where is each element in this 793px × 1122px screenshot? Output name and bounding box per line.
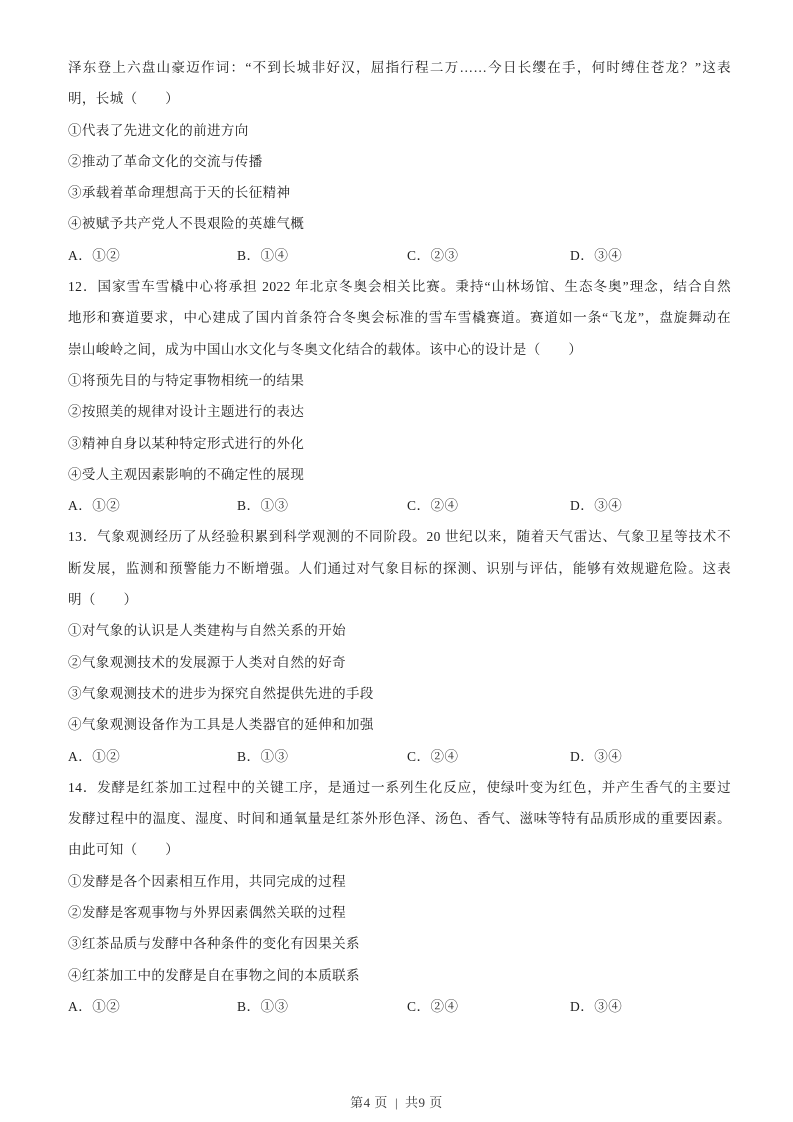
question-12: 12．国家雪车雪橇中心将承担 2022 年北京冬奥会相关比赛。秉持“山林场馆、生… (68, 271, 731, 521)
page-number-total: 共9 页 (405, 1095, 443, 1110)
statement-item-3: ③气象观测技术的进步为探究自然提供先进的手段 (68, 678, 731, 709)
statement-item-2: ②气象观测技术的发展源于人类对自然的好奇 (68, 647, 731, 678)
choice-c: C．②④ (407, 490, 570, 521)
question-11: 泽东登上六盘山豪迈作词：“不到长城非好汉，屈指行程二万……今日长缨在手，何时缚住… (68, 52, 731, 271)
question-stem-line: 地形和赛道要求，中心建成了国内首条符合冬奥会标准的雪车雪橇赛道。赛道如一条“飞龙… (68, 302, 731, 333)
statement-item-1: ①对气象的认识是人类建构与自然关系的开始 (68, 615, 731, 646)
choices-row: A．①② B．①③ C．②④ D．③④ (68, 490, 731, 521)
choice-b: B．①③ (237, 741, 407, 772)
exam-page: 泽东登上六盘山豪迈作词：“不到长城非好汉，屈指行程二万……今日长缨在手，何时缚住… (0, 0, 793, 1122)
choices-row: A．①② B．①③ C．②④ D．③④ (68, 991, 731, 1022)
question-stem-line: 崇山峻岭之间，成为中国山水文化与冬奥文化结合的载体。该中心的设计是（ ） (68, 334, 731, 365)
choice-b: B．①③ (237, 991, 407, 1022)
statement-item-1: ①将预先目的与特定事物相统一的结果 (68, 365, 731, 396)
choice-c: C．②④ (407, 741, 570, 772)
question-stem-line: 由此可知（ ） (68, 834, 731, 865)
choices-row: A．①② B．①④ C．②③ D．③④ (68, 240, 731, 271)
statement-item-2: ②发酵是客观事物与外界因素偶然关联的过程 (68, 897, 731, 928)
choice-a: A．①② (68, 240, 237, 271)
choice-b: B．①④ (237, 240, 407, 271)
question-stem-line: 发酵过程中的温度、湿度、时间和通氧量是红茶外形色泽、汤色、香气、滋味等特有品质形… (68, 803, 731, 834)
statement-item-1: ①发酵是各个因素相互作用，共同完成的过程 (68, 866, 731, 897)
statement-item-1: ①代表了先进文化的前进方向 (68, 115, 731, 146)
statement-item-3: ③红茶品质与发酵中各种条件的变化有因果关系 (68, 928, 731, 959)
statement-item-3: ③精神自身以某种特定形式进行的外化 (68, 428, 731, 459)
page-number-current: 第4 页 (350, 1095, 388, 1110)
question-14: 14．发酵是红茶加工过程中的关键工序，是通过一系列生化反应，使绿叶变为红色，并产… (68, 772, 731, 1022)
question-stem-line: 明（ ） (68, 584, 731, 615)
statement-item-4: ④红茶加工中的发酵是自在事物之间的本质联系 (68, 960, 731, 991)
choice-a: A．①② (68, 991, 237, 1022)
choice-b: B．①③ (237, 490, 407, 521)
choice-d: D．③④ (570, 741, 731, 772)
statement-item-4: ④气象观测设备作为工具是人类器官的延伸和加强 (68, 709, 731, 740)
page-footer: 第4 页|共9 页 (0, 1092, 793, 1111)
choice-a: A．①② (68, 490, 237, 521)
question-stem-line: 12．国家雪车雪橇中心将承担 2022 年北京冬奥会相关比赛。秉持“山林场馆、生… (68, 271, 731, 302)
statement-item-2: ②推动了革命文化的交流与传播 (68, 146, 731, 177)
choice-c: C．②③ (407, 240, 570, 271)
question-stem-line: 泽东登上六盘山豪迈作词：“不到长城非好汉，屈指行程二万……今日长缨在手，何时缚住… (68, 52, 731, 83)
question-stem-line: 断发展，监测和预警能力不断增强。人们通过对气象目标的探测、识别与评估，能够有效规… (68, 553, 731, 584)
footer-separator: | (395, 1095, 398, 1111)
choice-c: C．②④ (407, 991, 570, 1022)
statement-item-4: ④受人主观因素影响的不确定性的展现 (68, 459, 731, 490)
question-stem-line: 明，长城（ ） (68, 83, 731, 114)
question-stem-line: 14．发酵是红茶加工过程中的关键工序，是通过一系列生化反应，使绿叶变为红色，并产… (68, 772, 731, 803)
statement-item-3: ③承载着革命理想高于天的长征精神 (68, 177, 731, 208)
choices-row: A．①② B．①③ C．②④ D．③④ (68, 741, 731, 772)
exam-content: 泽东登上六盘山豪迈作词：“不到长城非好汉，屈指行程二万……今日长缨在手，何时缚住… (68, 52, 731, 1022)
statement-item-4: ④被赋予共产党人不畏艰险的英雄气概 (68, 208, 731, 239)
choice-d: D．③④ (570, 991, 731, 1022)
question-13: 13．气象观测经历了从经验积累到科学观测的不同阶段。20 世纪以来，随着天气雷达… (68, 521, 731, 771)
statement-item-2: ②按照美的规律对设计主题进行的表达 (68, 396, 731, 427)
choice-a: A．①② (68, 741, 237, 772)
choice-d: D．③④ (570, 240, 731, 271)
question-stem-line: 13．气象观测经历了从经验积累到科学观测的不同阶段。20 世纪以来，随着天气雷达… (68, 521, 731, 552)
choice-d: D．③④ (570, 490, 731, 521)
